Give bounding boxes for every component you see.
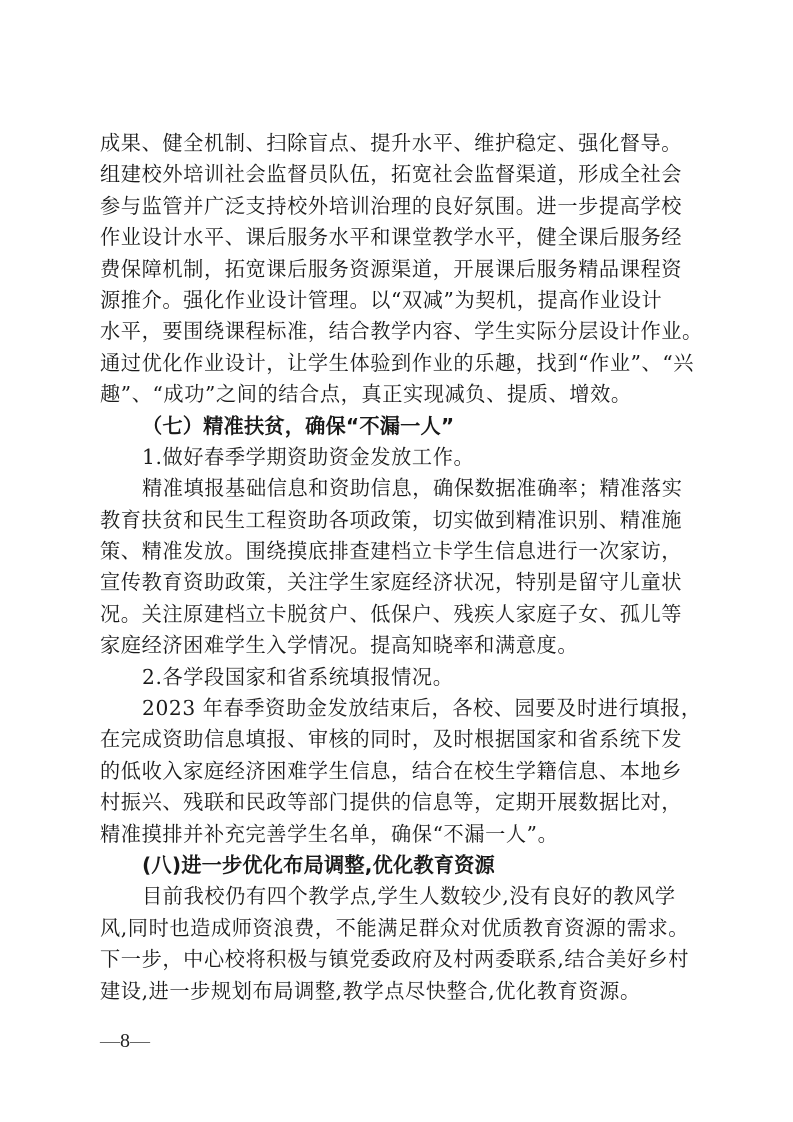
paragraph-line: 通过优化作业设计，让学生体验到作业的乐趣，找到“作业”、“兴 bbox=[100, 348, 694, 379]
paragraph-line: 的低收入家庭经济困难学生信息，结合在校生学籍信息、本地乡 bbox=[100, 756, 694, 787]
page-number-dash-right: — bbox=[130, 1030, 150, 1052]
paragraph-line: 2023 年春季资助金发放结束后，各校、园要及时进行填报， bbox=[100, 693, 694, 724]
paragraph-line: 成果、健全机制、扫除盲点、提升水平、维护稳定、强化督导。 bbox=[100, 128, 694, 159]
paragraph-line: 趣”、“成功”之间的结合点，真正实现减负、提质、增效。 bbox=[100, 379, 694, 410]
paragraph-line: 策、精准发放。围绕摸底排查建档立卡学生信息进行一次家访， bbox=[100, 536, 694, 567]
paragraph-line: 参与监管并广泛支持校外培训治理的良好氛围。进一步提高学校 bbox=[100, 191, 694, 222]
paragraph-line: 风,同时也造成师资浪费，不能满足群众对优质教育资源的需求。 bbox=[100, 913, 694, 944]
paragraph-line: 作业设计水平、课后服务水平和课堂教学水平，健全课后服务经 bbox=[100, 222, 694, 253]
paragraph-line: 源推介。强化作业设计管理。以“双减”为契机，提高作业设计 bbox=[100, 285, 694, 316]
paragraph-line: 下一步，中心校将积极与镇党委政府及村两委联系,结合美好乡村 bbox=[100, 944, 694, 975]
paragraph-line: 水平，要围绕课程标准，结合教学内容、学生实际分层设计作业。 bbox=[100, 316, 694, 347]
page-number-dash-left: — bbox=[100, 1030, 120, 1052]
paragraph-line: 精准摸排并补充完善学生名单，确保“不漏一人”。 bbox=[100, 819, 694, 850]
page-number-value: 8 bbox=[120, 1030, 130, 1052]
paragraph-line: 组建校外培训社会监督员队伍，拓宽社会监督渠道，形成全社会 bbox=[100, 159, 694, 190]
paragraph-line: 费保障机制，拓宽课后服务资源渠道，开展课后服务精品课程资 bbox=[100, 254, 694, 285]
subheading-1: 1.做好春季学期资助资金发放工作。 bbox=[100, 442, 694, 473]
page-number: —8— bbox=[100, 1030, 150, 1053]
paragraph-line: 目前我校仍有四个教学点,学生人数较少,没有良好的教风学 bbox=[100, 881, 694, 912]
paragraph-line: 在完成资助信息填报、审核的同时，及时根据国家和省系统下发 bbox=[100, 724, 694, 755]
paragraph-line: 况。关注原建档立卡脱贫户、低保户、残疾人家庭子女、孤儿等 bbox=[100, 599, 694, 630]
section-heading-7: （七）精准扶贫，确保“不漏一人” bbox=[100, 411, 694, 442]
paragraph-line: 家庭经济困难学生入学情况。提高知晓率和满意度。 bbox=[100, 630, 694, 661]
paragraph-line: 宣传教育资助政策，关注学生家庭经济状况，特别是留守儿童状 bbox=[100, 567, 694, 598]
paragraph-line: 建设,进一步规划布局调整,教学点尽快整合,优化教育资源。 bbox=[100, 976, 694, 1007]
document-body: 成果、健全机制、扫除盲点、提升水平、维护稳定、强化督导。 组建校外培训社会监督员… bbox=[100, 128, 694, 1007]
paragraph-line: 村振兴、残联和民政等部门提供的信息等，定期开展数据比对， bbox=[100, 787, 694, 818]
paragraph-line: 教育扶贫和民生工程资助各项政策，切实做到精准识别、精准施 bbox=[100, 505, 694, 536]
section-heading-8: (八)进一步优化布局调整,优化教育资源 bbox=[100, 850, 694, 881]
subheading-2: 2.各学段国家和省系统填报情况。 bbox=[100, 662, 694, 693]
paragraph-line: 精准填报基础信息和资助信息，确保数据准确率；精准落实 bbox=[100, 473, 694, 504]
